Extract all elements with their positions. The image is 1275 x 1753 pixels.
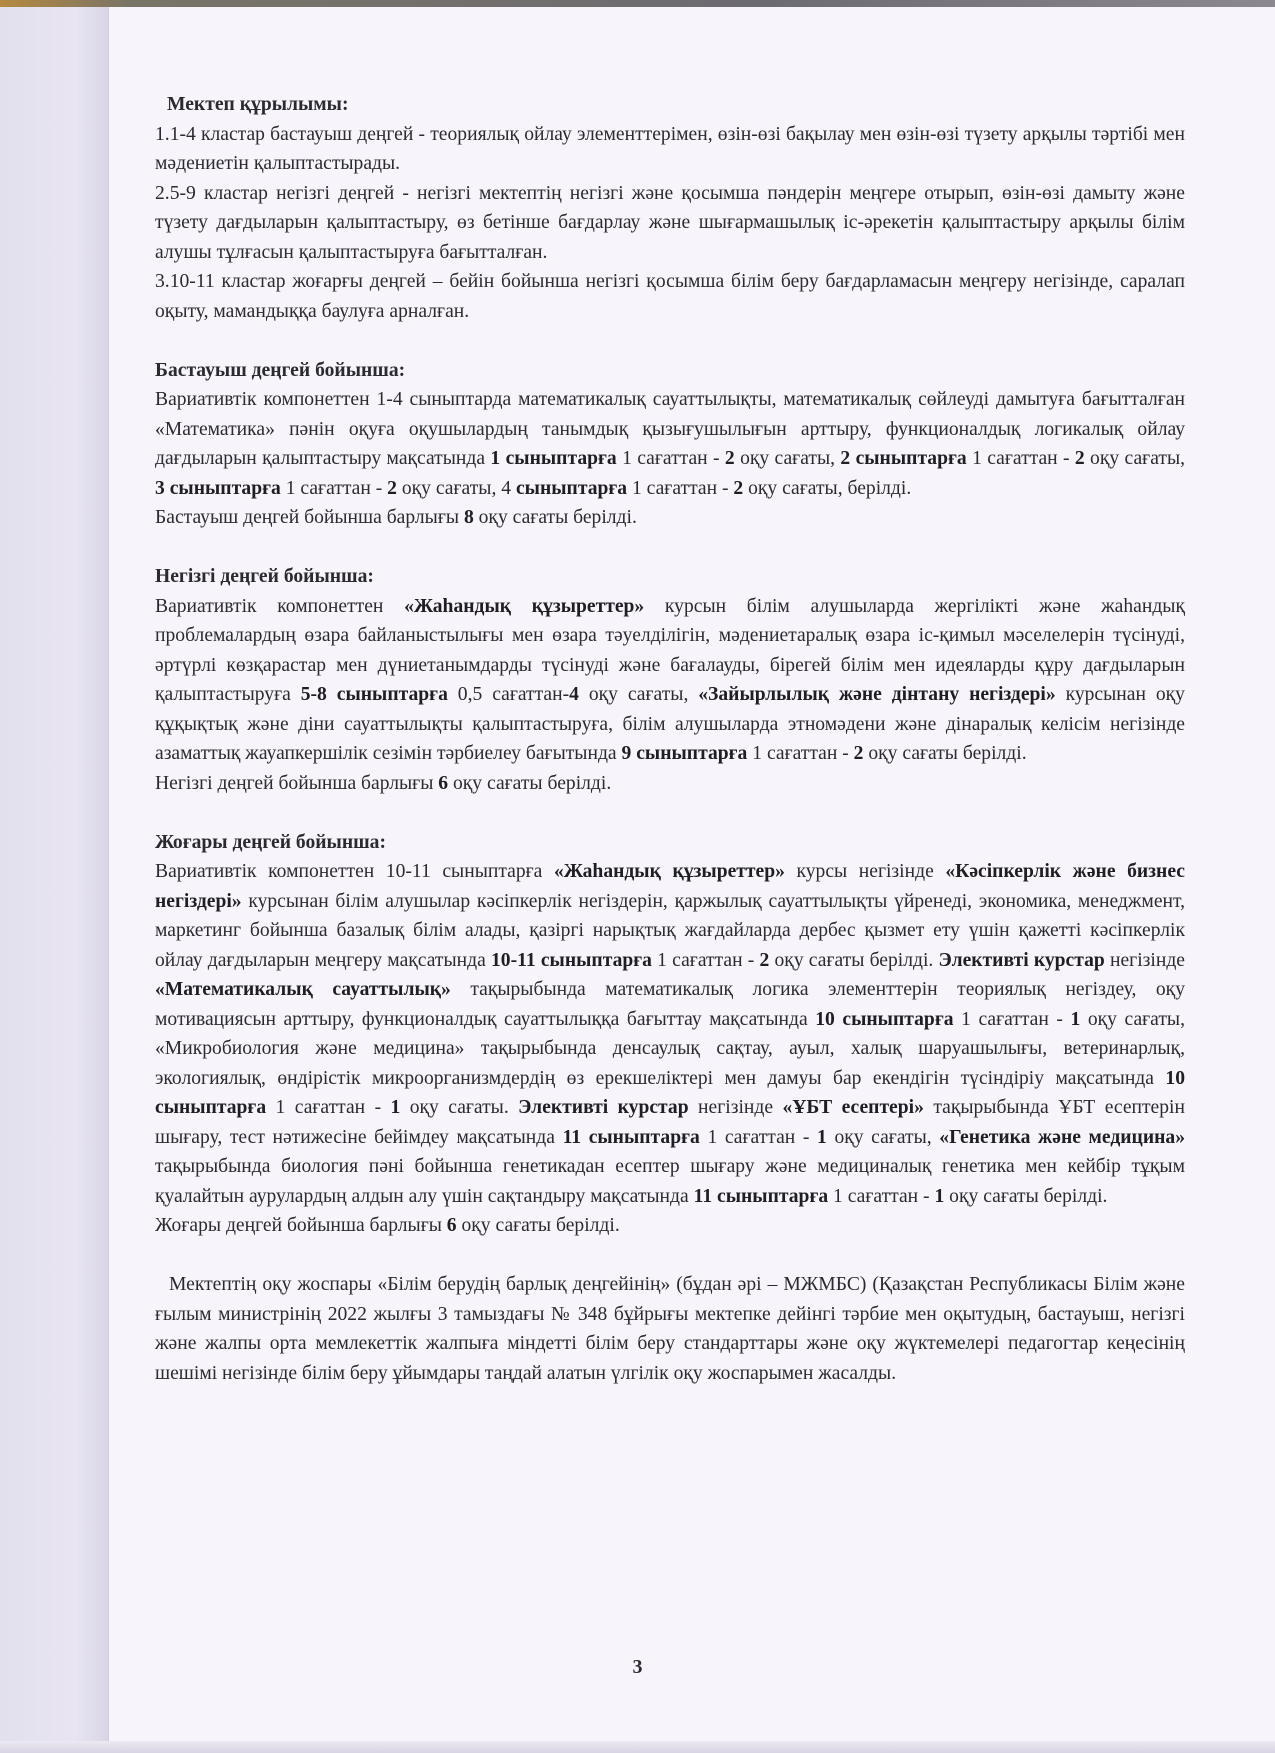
bold-text-run: 2 [1075,448,1085,469]
bold-text-run: Элективті курстар [518,1097,688,1118]
text-run: Негізгі деңгей бойынша барлығы [155,773,438,794]
bold-text-run: 2 [387,478,397,499]
structure-item-3: 3.10-11 кластар жоғарғы деңгей – бейін б… [155,267,1185,326]
text-run: 1 сағаттан - [617,448,725,469]
bold-text-run: 10-11 сыныптарға [491,950,652,971]
text-run: 1 сағаттан - [828,1186,934,1207]
text-run: 1 сағаттан - [281,478,387,499]
bold-text-run: 2 [725,448,735,469]
text-run: оқу сағаты берілді. [944,1186,1107,1207]
bold-text-run: 2 [760,950,770,971]
structure-heading: Мектеп құрылымы: [155,90,1185,120]
text-run: 1 сағаттан - [747,743,853,764]
bold-text-run: 8 [464,507,474,528]
bold-text-run: 1 сыныптарға [490,448,616,469]
spacer [155,533,1185,563]
basic-level-heading: Негізгі деңгей бойынша: [155,562,1185,592]
text-run: оқу сағаты берілді. [769,950,938,971]
bold-text-run: «ҰБТ есептері» [782,1097,923,1118]
text-run: Бастауыш деңгей бойынша барлығы [155,507,464,528]
text-run: оқу сағаты, берілді. [743,478,911,499]
primary-level-total: Бастауыш деңгей бойынша барлығы 8 оқу са… [155,503,1185,533]
text-run: оқу сағаты берілді. [457,1215,620,1236]
bold-text-run: «Зайырлылық және дінтану негіздері» [698,684,1055,705]
bold-text-run: 4 [569,684,579,705]
scan-bottom-edge [0,1741,1275,1753]
upper-level-heading: Жоғары деңгей бойынша: [155,828,1185,858]
scan-top-edge [0,0,1275,7]
bold-text-run: «Жаһандық құзыреттер» [554,861,785,882]
text-run: оқу сағаты, [735,448,841,469]
scanned-page: Мектеп құрылымы: 1.1-4 кластар бастауыш … [0,0,1275,1753]
text-run: Вариативтік компонеттен [155,596,404,617]
basic-level-total: Негізгі деңгей бойынша барлығы 6 оқу сағ… [155,769,1185,799]
bold-text-run: «Математикалық сауаттылық» [155,979,451,1000]
text-run: оқу сағаты, [1085,448,1185,469]
text-run: Вариативтік компонеттен 10-11 сыныптарға [155,861,554,882]
text-run: оқу сағаты берілді. [474,507,637,528]
bold-text-run: 1 [817,1127,827,1148]
bold-text-run: сыныптарға [516,478,627,499]
bold-text-run: 1 [391,1097,401,1118]
text-run: 1 сағаттан - [266,1097,390,1118]
primary-level-heading: Бастауыш деңгей бойынша: [155,356,1185,386]
text-run: оқу сағаты берілді. [448,773,611,794]
bold-text-run: 3 сыныптарға [155,478,281,499]
text-run: 0,5 сағаттан- [448,684,569,705]
bold-text-run: «Жаһандық құзыреттер» [404,596,644,617]
page-number: 3 [0,1656,1275,1679]
bold-text-run: 2 сыныптарға [840,448,966,469]
text-run: Жоғары деңгей бойынша барлығы [155,1215,447,1236]
bold-text-run: Элективті курстар [939,950,1105,971]
text-run: 1 сағаттан - [954,1009,1071,1030]
text-run: негізінде [1105,950,1185,971]
bold-text-run: «Генетика және медицина» [939,1127,1185,1148]
text-run: 1 сағаттан - [652,950,760,971]
text-run: оқу сағаты, 4 [397,478,516,499]
text-run: оқу сағаты берілді. [863,743,1026,764]
text-run: оқу сағаты. [400,1097,518,1118]
closing-paragraph: Мектептің оқу жоспары «Білім берудің бар… [155,1270,1185,1388]
bold-text-run: 6 [447,1215,457,1236]
adjacent-page-strip [0,7,109,1753]
document-body: Мектеп құрылымы: 1.1-4 кластар бастауыш … [155,90,1185,1388]
text-run: негізінде [689,1097,783,1118]
bold-text-run: 9 сыныптарға [622,743,748,764]
spacer [155,798,1185,828]
bold-text-run: 6 [438,773,448,794]
structure-item-1: 1.1-4 кластар бастауыш деңгей - теориялы… [155,120,1185,179]
upper-level-total: Жоғары деңгей бойынша барлығы 6 оқу саға… [155,1211,1185,1241]
basic-level-paragraph: Вариативтік компонеттен «Жаһандық құзыре… [155,592,1185,769]
bold-text-run: 5-8 сыныптарға [301,684,448,705]
text-run: оқу сағаты, [579,684,698,705]
text-run: 1 сағаттан - [967,448,1075,469]
bold-text-run: 10 сыныптарға [815,1009,953,1030]
bold-text-run: 2 [854,743,864,764]
text-run: 1 сағаттан - [700,1127,817,1148]
bold-text-run: 1 [1070,1009,1080,1030]
text-run: оқу сағаты, [827,1127,939,1148]
spacer [155,1241,1185,1271]
bold-text-run: 11 сыныптарға [694,1186,829,1207]
primary-level-paragraph: Вариативтік компонеттен 1-4 сыныптарда м… [155,385,1185,503]
bold-text-run: 11 сыныптарға [563,1127,700,1148]
structure-item-2: 2.5-9 кластар негізгі деңгей - негізгі м… [155,179,1185,268]
text-run: курсы негізінде [785,861,945,882]
text-run: 1 сағаттан - [627,478,733,499]
bold-text-run: 1 [934,1186,944,1207]
spacer [155,326,1185,356]
upper-level-paragraph: Вариативтік компонеттен 10-11 сыныптарға… [155,857,1185,1211]
bold-text-run: 2 [733,478,743,499]
